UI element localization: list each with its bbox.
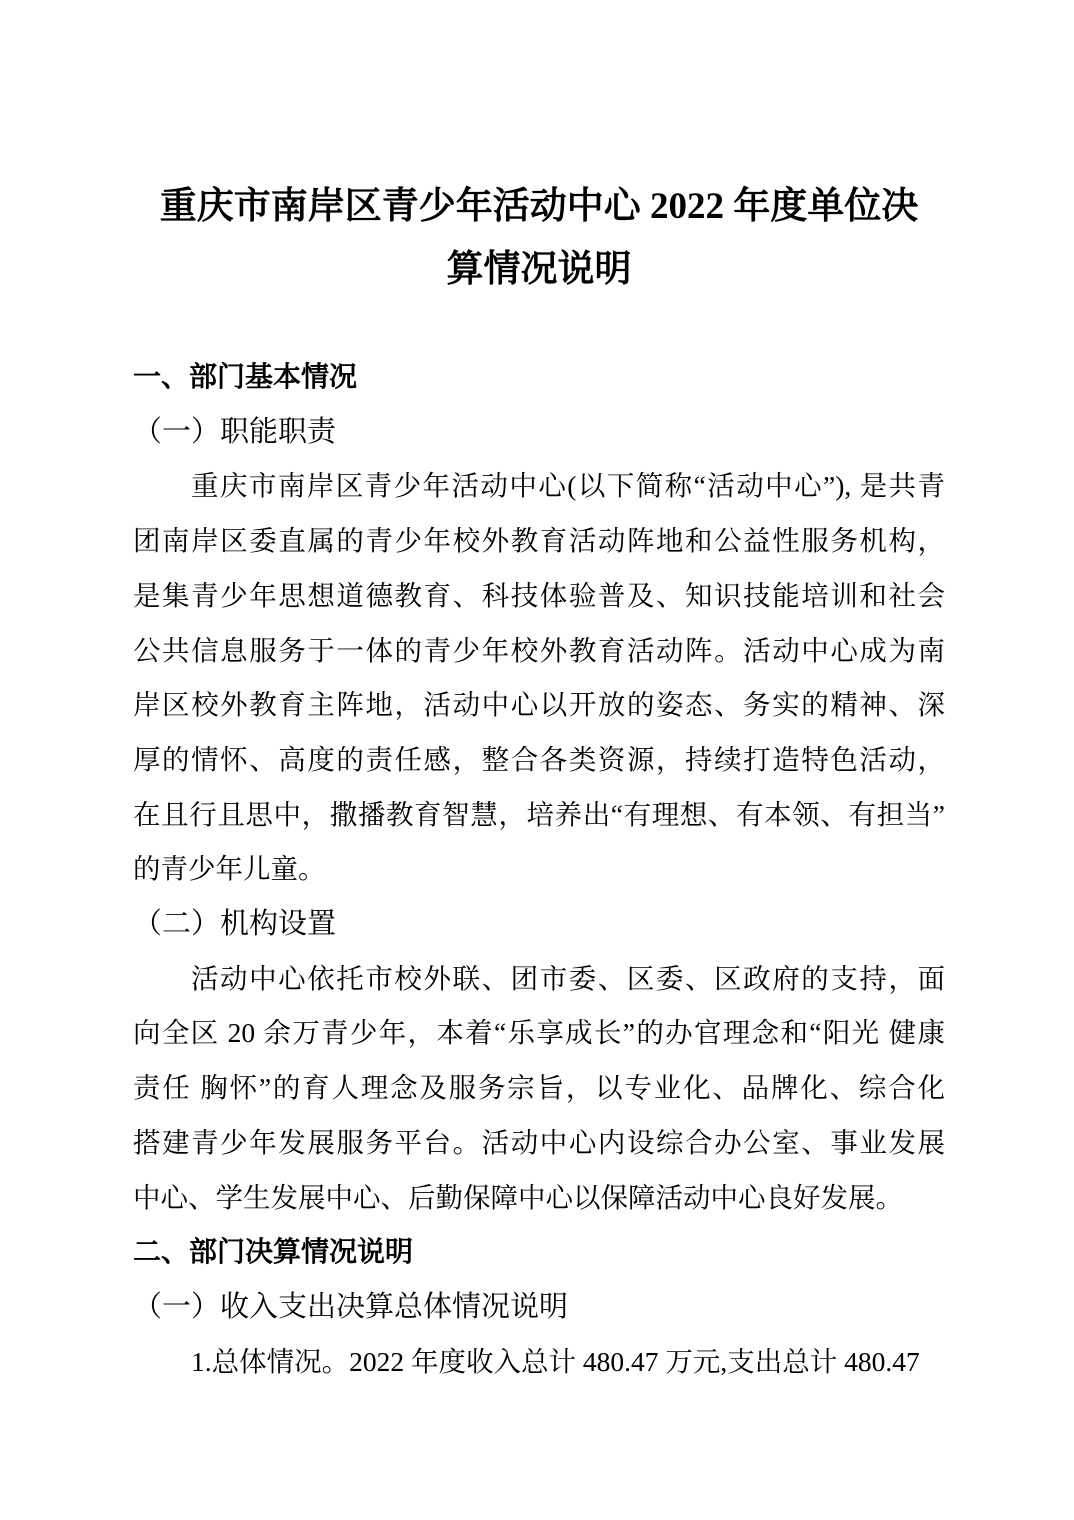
document-title-line-2: 算情况说明 [133,238,945,301]
paragraph-line: 在且行且思中，撒播教育智慧，培养出“有理想、有本领、有担当” [133,788,945,843]
paragraph-line: 活动中心依托市校外联、团市委、区委、区政府的支持，面 [133,952,945,1007]
paragraph-line: 1.总体情况。2022 年度收入总计 480.47 万元,支出总计 480.47 [133,1335,945,1390]
title-spacer [133,301,945,350]
paragraph-line: 责任 胸怀”的育人理念及服务宗旨，以专业化、品牌化、综合化 [133,1061,945,1116]
section-1-sub-1-heading: （一）职能职责 [133,405,945,460]
section-2-heading: 二、部门决算情况说明 [133,1225,945,1280]
section-1-sub-2-heading: （二）机构设置 [133,897,945,952]
section-1-heading: 一、部门基本情况 [133,350,945,405]
paragraph-line: 的青少年儿童。 [133,842,945,897]
paragraph-line: 重庆市南岸区青少年活动中心(以下简称“活动中心”), 是共青 [133,459,945,514]
paragraph-line: 中心、学生发展中心、后勤保障中心以保障活动中心良好发展。 [133,1171,945,1226]
paragraph-line: 厚的情怀、高度的责任感，整合各类资源，持续打造特色活动， [133,733,945,788]
paragraph-line: 岸区校外教育主阵地，活动中心以开放的姿态、务实的精神、深 [133,678,945,733]
section-2-sub-1-heading: （一）收入支出决算总体情况说明 [133,1280,945,1335]
paragraph-line: 是集青少年思想道德教育、科技体验普及、知识技能培训和社会 [133,569,945,624]
document-title-line-1: 重庆市南岸区青少年活动中心 2022 年度单位决 [133,175,945,238]
paragraph-line: 搭建青少年发展服务平台。活动中心内设综合办公室、事业发展 [133,1116,945,1171]
document-title: 重庆市南岸区青少年活动中心 2022 年度单位决 算情况说明 [133,175,945,301]
paragraph-line: 公共信息服务于一体的青少年校外教育活动阵。活动中心成为南 [133,624,945,679]
document-content: 重庆市南岸区青少年活动中心 2022 年度单位决 算情况说明 一、部门基本情况 … [133,0,945,1389]
paragraph-line: 团南岸区委直属的青少年校外教育活动阵地和公益性服务机构， [133,514,945,569]
paragraph-line: 向全区 20 余万青少年，本着“乐享成长”的办官理念和“阳光 健康 [133,1006,945,1061]
document-page: 重庆市南岸区青少年活动中心 2022 年度单位决 算情况说明 一、部门基本情况 … [0,0,1074,1520]
